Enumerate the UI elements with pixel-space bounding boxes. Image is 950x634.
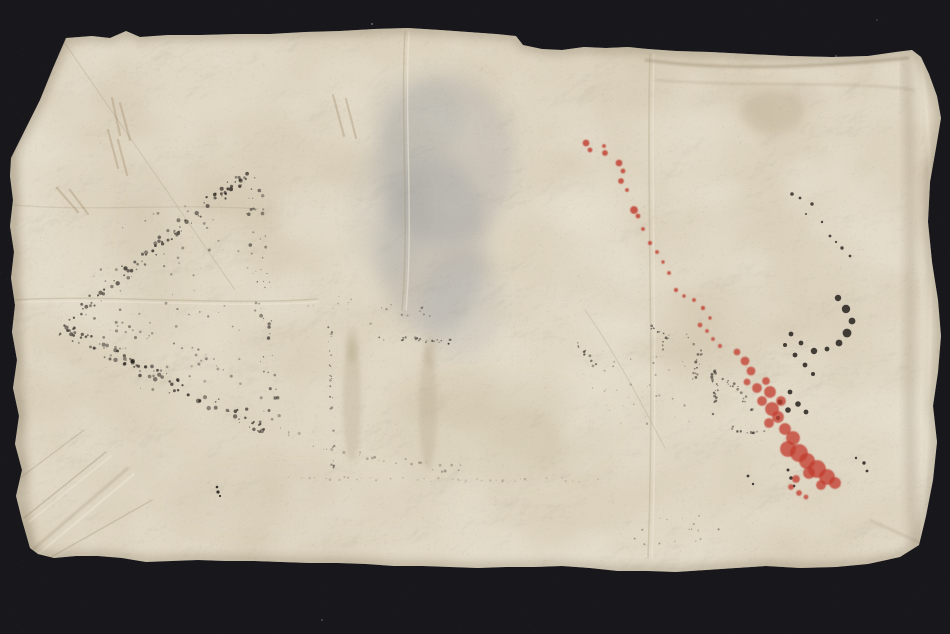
banknote-photo bbox=[0, 0, 950, 634]
banknote-photo-svg bbox=[0, 0, 950, 634]
